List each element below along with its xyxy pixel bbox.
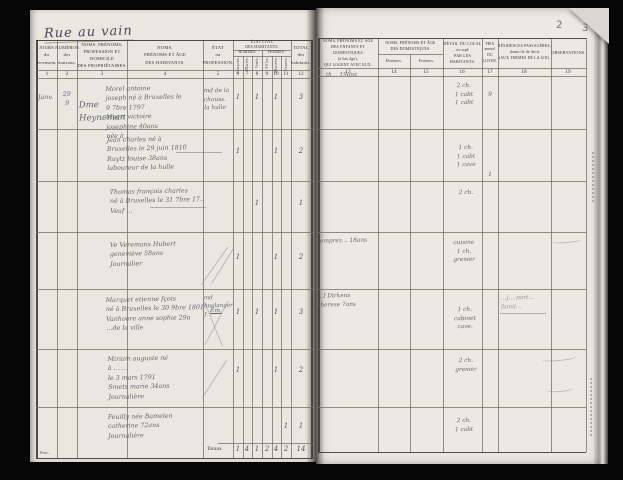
page-edge-crease — [594, 8, 608, 464]
handwritten-entry: 1 ch. cabinet cave. — [448, 306, 483, 333]
column-header-dom-hommes: Hommes. — [378, 55, 410, 67]
grid-line — [318, 289, 586, 290]
handwritten-entry: …th… 19ans — [320, 70, 376, 80]
column-header-observations: OBSERVATIONS. — [551, 40, 586, 66]
grid-line — [318, 407, 586, 408]
column-header-residences: RÉSIDENCES PASSAGÈRES; domicile de droit… — [498, 40, 551, 66]
civil-status-marks: 1 1 2 — [0, 366, 623, 378]
handwritten-entry: 1 — [484, 170, 496, 179]
column-number: 14 — [387, 69, 401, 75]
handwritten-entry: Morel antoine joseph né à Bruxelles le 9… — [105, 83, 202, 142]
pencil-annotation — [500, 313, 546, 314]
civil-mark: 1 — [252, 308, 262, 316]
printer-imprint — [592, 152, 594, 204]
row-total: 2 — [292, 366, 310, 374]
column-header-habitants: NOMS, PRÉNOMS ET ÂGE DES HABITANTS. — [127, 41, 203, 69]
total-mark: 4 — [242, 445, 252, 453]
handwritten-entry: 2 ch. — [451, 189, 481, 198]
civil-mark: 1 — [281, 422, 291, 430]
handwritten-entry: 2 ch. 1 cabt — [447, 417, 481, 435]
grid-line — [36, 289, 313, 290]
civil-mark: 1 — [233, 253, 243, 261]
column-header-veuves: Veuves. — [284, 57, 288, 71]
column-number: 18 — [517, 69, 531, 75]
civil-mark: 1 — [271, 253, 281, 261]
column-header-profession: ÉTAT ou PROFESSION. — [203, 41, 233, 69]
grand-total: 14 — [292, 445, 310, 453]
row-total: 3 — [292, 308, 310, 316]
column-number: 5 — [211, 71, 225, 77]
row-total: 2 — [292, 253, 310, 261]
column-number: 17 — [483, 69, 497, 75]
civil-mark: 1 — [233, 93, 243, 101]
column-number: 11 — [279, 71, 293, 77]
page-number: 2 — [556, 20, 563, 31]
page-number: 3 — [581, 23, 588, 35]
handwritten-entry: …l Dirkens therese 7ans — [318, 291, 378, 310]
column-header-jours: JOURS du recensem. — [36, 41, 57, 69]
handwritten-entry: cuisine 1 ch. grenier — [446, 239, 483, 266]
grid-line — [218, 443, 313, 444]
total-mark: 2 — [281, 445, 291, 453]
column-header-local: DÉTAIL DU LOCAL occupé PAR LES HABITANTS… — [443, 40, 482, 66]
civil-mark: 1 — [271, 308, 281, 316]
column-number: 15 — [419, 69, 433, 75]
column-header-filles: Filles. — [265, 57, 269, 69]
column-number: 2 — [60, 71, 74, 77]
grid-line — [318, 232, 586, 233]
civil-mark: 1 — [271, 366, 281, 374]
handwritten-entry: 2 ch. 1 cabt 1 cabt — [447, 82, 482, 109]
handwritten-entry: 1 ch. 1 cabt 1 cave — [449, 144, 484, 171]
grid-line — [36, 349, 313, 350]
totals-row: 1 4 1 2 4 2 14 — [0, 445, 623, 457]
civil-mark: 1 — [271, 93, 281, 101]
column-number: 4 — [158, 71, 172, 77]
grid-line — [318, 129, 586, 130]
civil-mark: 1 — [252, 93, 262, 101]
row-total: 3 — [292, 93, 310, 101]
column-header-prix: PRIX annuel DU LOYER. — [482, 40, 498, 66]
column-header-total: TOTAL des habitants. — [291, 41, 311, 69]
civil-status-marks: 1 1 — [0, 199, 623, 211]
column-header-domestiques: NOMS, PRÉNOMS ET ÂGE DES DOMESTIQUES. — [378, 39, 443, 53]
column-header-femmes: FEMMES. — [262, 50, 291, 56]
handwritten-entry: emprez… 18ans — [320, 236, 378, 246]
civil-status-marks: 1 1 — [0, 422, 623, 434]
civil-status-marks: 1 1 1 3 — [0, 93, 623, 105]
grid-line — [318, 68, 586, 69]
grid-line — [36, 78, 313, 79]
column-number: 12 — [294, 71, 308, 77]
row-total: 2 — [292, 147, 310, 155]
column-header-proprietaires: NOMS, PRÉNOMS, PROFESSION ET DOMICILE DE… — [77, 41, 127, 69]
handwritten-entry: 9 — [484, 90, 496, 99]
civil-mark: 1 — [233, 147, 243, 155]
printer-imprint — [590, 378, 592, 436]
civil-mark: 1 — [233, 308, 243, 316]
grid-line — [318, 349, 586, 350]
grid-line — [36, 181, 313, 182]
column-number: 16 — [455, 69, 469, 75]
column-header-etat-civil: ÉTAT CIVIL DES HABITANTS. — [233, 40, 291, 50]
column-number: 3 — [95, 71, 109, 77]
civil-status-marks: 1 1 2 — [0, 147, 623, 159]
column-header-enfants: NOMS, PRÉNOMS ET ÂGE DES ENFANTS ET DOME… — [318, 39, 378, 67]
civil-mark: 1 — [252, 199, 262, 207]
row-total: 1 — [292, 422, 310, 430]
grid-line — [36, 407, 313, 408]
total-mark: 4 — [271, 445, 281, 453]
grid-line — [233, 56, 291, 57]
grid-line — [36, 232, 313, 233]
grid-line — [36, 458, 313, 459]
civil-status-marks: 1 1 2 — [0, 253, 623, 265]
column-number: 19 — [561, 69, 575, 75]
column-header-dom-femmes: Femmes. — [410, 55, 443, 67]
column-header-veufs: Veufs. — [255, 57, 259, 68]
sheet-footnote: Pour… — [36, 450, 56, 458]
row-total: 1 — [292, 199, 310, 207]
civil-mark: 1 — [271, 147, 281, 155]
document-scan: 2 3 Rue au vain JOURS du recensem. NUMÉR… — [0, 0, 623, 480]
grid-line — [318, 181, 586, 182]
handwritten-entry: 2 ch. grenier — [449, 357, 483, 375]
column-header-numeros: NUMÉROS des maisons. — [57, 41, 77, 69]
handwritten-entry: …j… part… famil… — [501, 293, 549, 311]
total-mark: 1 — [252, 445, 262, 453]
column-header-maries: Mariés. — [245, 57, 249, 71]
column-header-hommes: HOMMES. — [233, 50, 262, 56]
column-number: 1 — [40, 71, 54, 77]
civil-mark: 1 — [233, 366, 243, 374]
